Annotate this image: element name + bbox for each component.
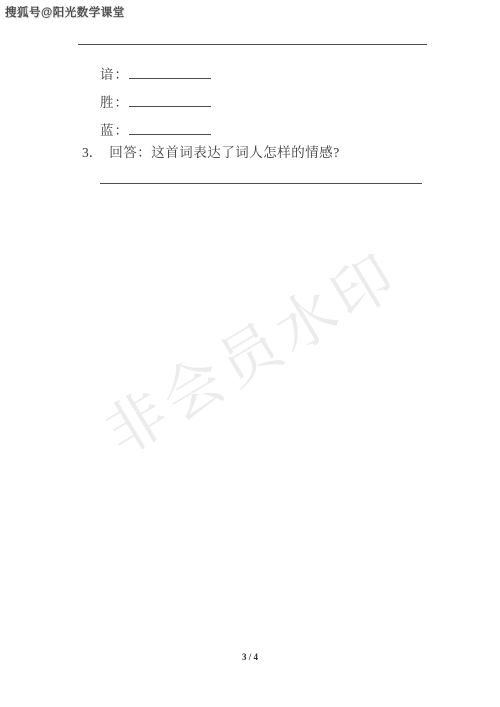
fill-item-label: 蓝： xyxy=(100,123,129,138)
membership-watermark: 非会员水印 xyxy=(86,228,413,472)
fill-item-label: 谙： xyxy=(100,67,129,82)
answer-blank xyxy=(129,66,211,79)
answer-blank xyxy=(129,122,211,135)
fill-item-row: 胜： xyxy=(100,94,211,111)
worksheet-page: 搜狐号@阳光数学课堂 谙： 胜： 蓝： 3．回答：这首词表达了词人怎样的情感? … xyxy=(0,0,500,707)
page-number: 3 / 4 xyxy=(242,652,258,662)
question-text: 回答：这首词表达了词人怎样的情感? xyxy=(109,145,340,160)
question-line: 3．回答：这首词表达了词人怎样的情感? xyxy=(82,144,340,161)
fill-item-row: 蓝： xyxy=(100,122,211,139)
answer-line xyxy=(100,183,422,184)
page-footer: 3 / 4 xyxy=(0,652,500,662)
top-horizontal-rule xyxy=(78,44,427,45)
publisher-watermark: 搜狐号@阳光数学课堂 xyxy=(5,4,125,20)
fill-item-row: 谙： xyxy=(100,66,211,83)
answer-blank xyxy=(129,94,211,107)
fill-item-label: 胜： xyxy=(100,95,129,110)
question-number: 3． xyxy=(82,145,102,160)
